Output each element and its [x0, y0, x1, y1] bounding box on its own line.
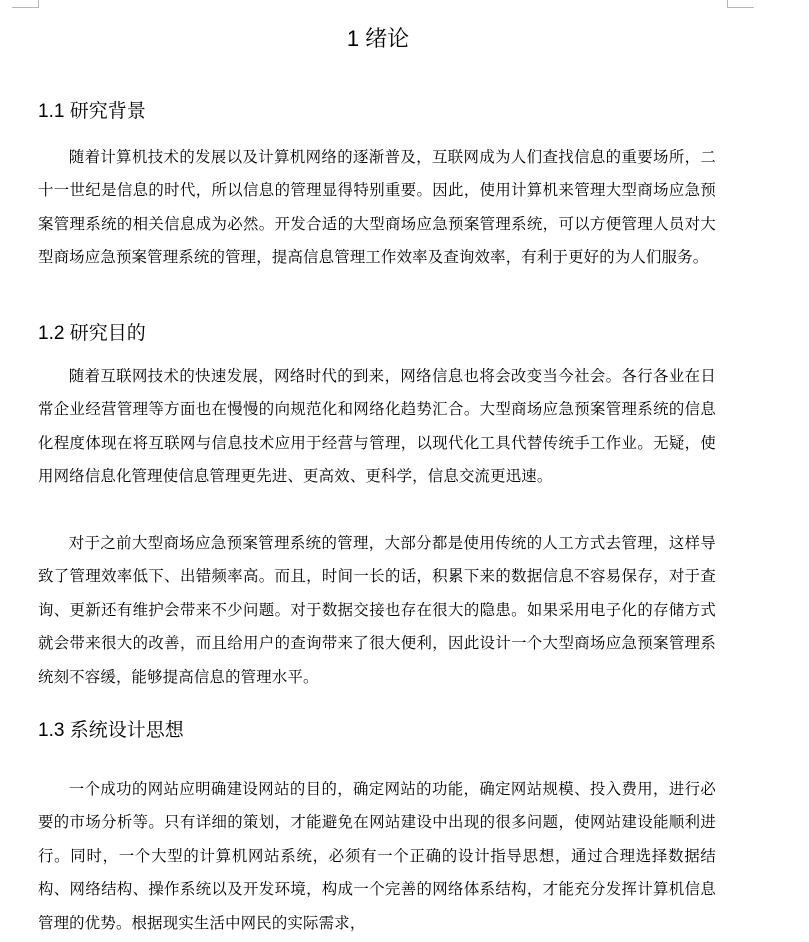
paragraph-purpose-2: 对于之前大型商场应急预案管理系统的管理，大部分都是使用传统的人工方式去管理，这样… — [38, 527, 716, 694]
chapter-title: 1 绪论 — [0, 22, 756, 53]
paragraph-purpose-1: 随着互联网技术的快速发展，网络时代的到来，网络信息也将会改变当今社会。各行各业在… — [38, 360, 716, 494]
section-heading-purpose: 1.2 研究目的 — [38, 318, 146, 345]
paragraph-background: 随着计算机技术的发展以及计算机网络的逐渐普及，互联网成为人们查找信息的重要场所，… — [38, 141, 716, 275]
section-heading-design: 1.3 系统设计思想 — [38, 715, 184, 742]
page-corner-mark-top-left — [12, 0, 39, 8]
section-heading-background: 1.1 研究背景 — [38, 96, 146, 123]
paragraph-design: 一个成功的网站应明确建设网站的目的，确定网站的功能，确定网站规模、投入费用，进行… — [38, 773, 716, 940]
page-corner-mark-top-right — [727, 0, 754, 8]
